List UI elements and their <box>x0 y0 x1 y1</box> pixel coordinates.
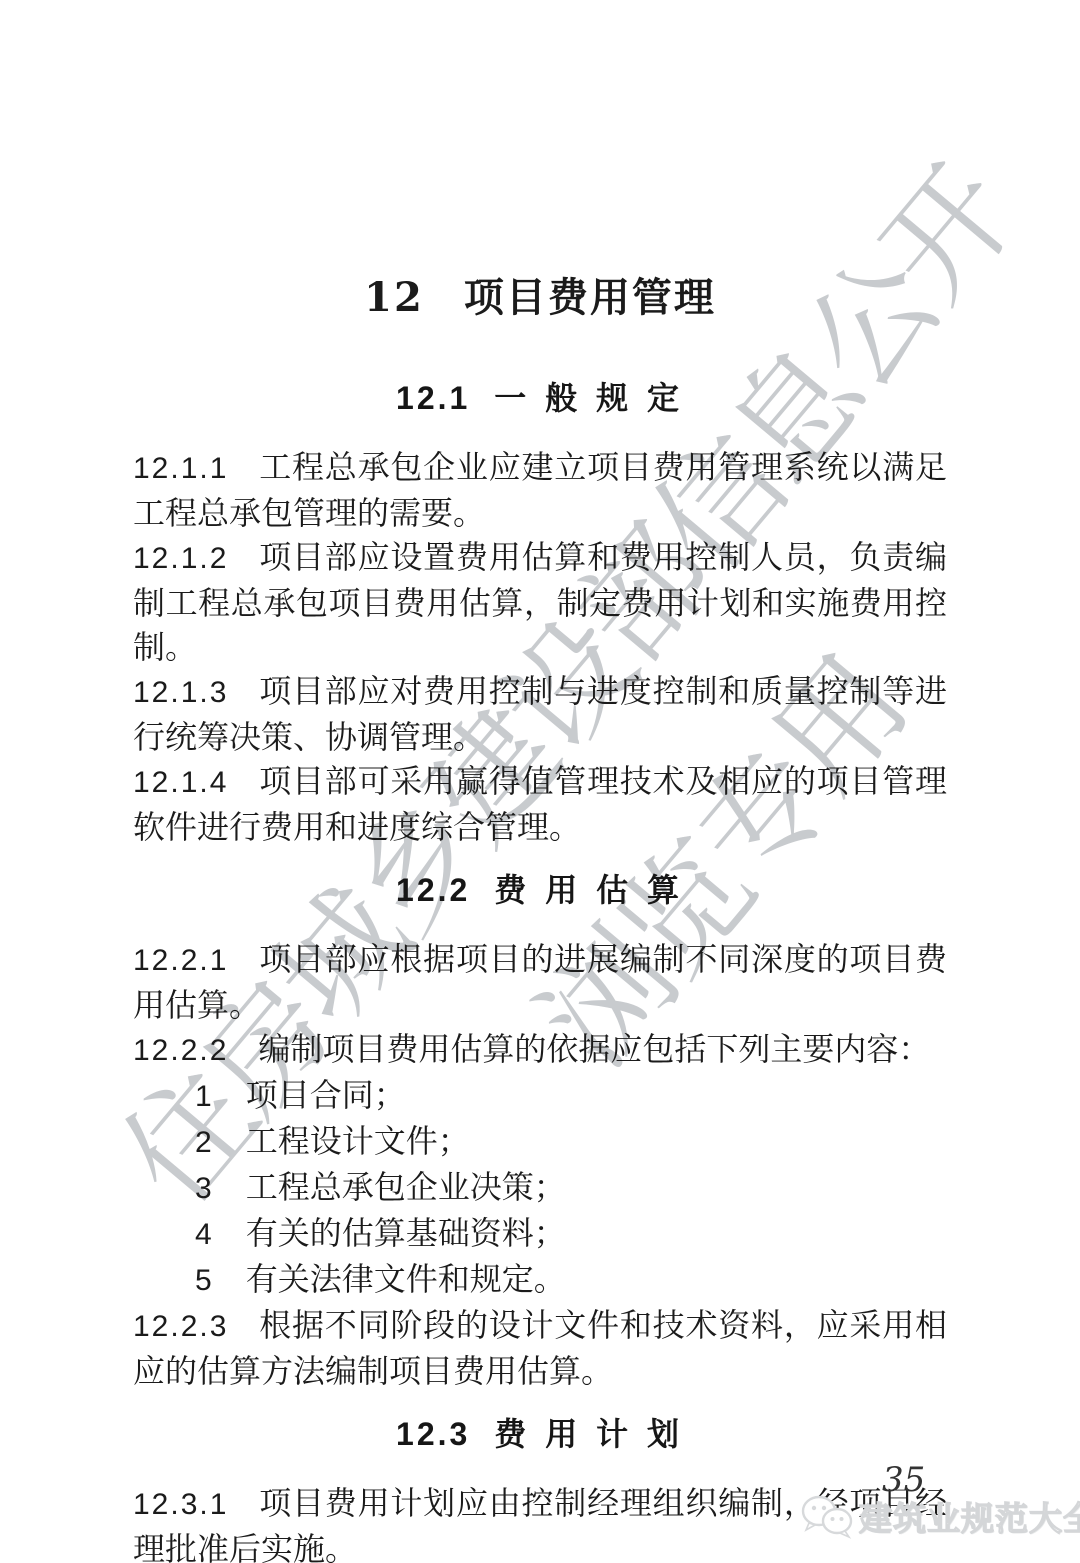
section-number: 12.2 <box>396 872 470 908</box>
clause-number: 12.2.3 <box>133 1310 228 1343</box>
section-heading: 12.3费 用 计 划 <box>133 1409 947 1455</box>
clause-text: 工程总承包企业应建立项目费用管理系统以满足工程总承包管理的需要。 <box>133 449 947 531</box>
clause-number: 1 <box>195 1080 214 1113</box>
clause-text: 根据不同阶段的设计文件和技术资料，应采用相应的估算方法编制项目费用估算。 <box>133 1307 947 1389</box>
clause-paragraph: 12.1.3项目部应对费用控制与进度控制和质量控制等进行统筹决策、协调管理。 <box>133 669 947 759</box>
clause-text: 有关法律文件和规定。 <box>246 1261 566 1297</box>
list-item: 3工程总承包企业决策； <box>133 1165 947 1211</box>
clause-paragraph: 12.2.3根据不同阶段的设计文件和技术资料，应采用相应的估算方法编制项目费用估… <box>133 1303 947 1393</box>
section-heading: 12.1一 般 规 定 <box>133 373 947 419</box>
section-heading: 12.2费 用 估 算 <box>133 865 947 911</box>
clause-number: 2 <box>195 1126 214 1159</box>
section-number: 12.1 <box>396 380 470 416</box>
chapter-number: 12 <box>364 274 424 321</box>
clause-text: 项目部可采用赢得值管理技术及相应的项目管理软件进行费用和进度综合管理。 <box>133 763 947 845</box>
clause-number: 12.1.1 <box>133 452 228 485</box>
clause-number: 5 <box>195 1264 214 1297</box>
document-page: 住房城乡建设部信息公开 浏览专用 12项目费用管理 12.1一 般 规 定12.… <box>0 0 1080 1563</box>
clause-text: 项目合同； <box>246 1077 406 1113</box>
clause-paragraph: 12.2.2编制项目费用估算的依据应包括下列主要内容： <box>133 1027 947 1073</box>
clause-text: 工程总承包企业决策； <box>246 1169 566 1205</box>
clause-number: 12.1.3 <box>133 676 228 709</box>
clause-paragraph: 12.1.1工程总承包企业应建立项目费用管理系统以满足工程总承包管理的需要。 <box>133 445 947 535</box>
list-item: 4有关的估算基础资料； <box>133 1211 947 1257</box>
clause-text: 编制项目费用估算的依据应包括下列主要内容： <box>258 1031 930 1067</box>
brand-footer: 建筑业规范大全 <box>799 1492 1080 1540</box>
clause-text: 有关的估算基础资料； <box>246 1215 566 1251</box>
document-body: 12项目费用管理 12.1一 般 规 定12.1.1工程总承包企业应建立项目费用… <box>133 0 947 1563</box>
chapter-title: 12项目费用管理 <box>133 266 947 323</box>
list-item: 1项目合同； <box>133 1073 947 1119</box>
section-title-text: 费 用 计 划 <box>494 1416 684 1452</box>
clause-text: 工程设计文件； <box>246 1123 470 1159</box>
clause-number: 4 <box>195 1218 214 1251</box>
clause-number: 3 <box>195 1172 214 1205</box>
clause-paragraph: 12.2.1项目部应根据项目的进展编制不同深度的项目费用估算。 <box>133 937 947 1027</box>
list-item: 2工程设计文件； <box>133 1119 947 1165</box>
clause-paragraph: 12.1.4项目部可采用赢得值管理技术及相应的项目管理软件进行费用和进度综合管理… <box>133 759 947 849</box>
chapter-title-text: 项目费用管理 <box>464 275 716 320</box>
brand-name: 建筑业规范大全 <box>859 1493 1080 1540</box>
section-title-text: 一 般 规 定 <box>494 380 684 416</box>
clause-number: 12.2.2 <box>133 1034 228 1067</box>
clause-text: 项目部应根据项目的进展编制不同深度的项目费用估算。 <box>133 941 947 1023</box>
clause-number: 12.2.1 <box>133 944 228 977</box>
section-number: 12.3 <box>396 1416 470 1452</box>
clause-text: 项目部应设置费用估算和费用控制人员，负责编制工程总承包项目费用估算，制定费用计划… <box>133 539 947 665</box>
clause-paragraph: 12.1.2项目部应设置费用估算和费用控制人员，负责编制工程总承包项目费用估算，… <box>133 535 947 669</box>
clause-number: 12.1.4 <box>133 766 228 799</box>
clause-text: 项目部应对费用控制与进度控制和质量控制等进行统筹决策、协调管理。 <box>133 673 947 755</box>
clause-number: 12.1.2 <box>133 542 228 575</box>
clauses-container: 12.1一 般 规 定12.1.1工程总承包企业应建立项目费用管理系统以满足工程… <box>133 373 947 1563</box>
wechat-chat-bubbles-icon <box>799 1492 855 1540</box>
clause-number: 12.3.1 <box>133 1488 228 1521</box>
section-title-text: 费 用 估 算 <box>494 872 684 908</box>
list-item: 5有关法律文件和规定。 <box>133 1257 947 1303</box>
